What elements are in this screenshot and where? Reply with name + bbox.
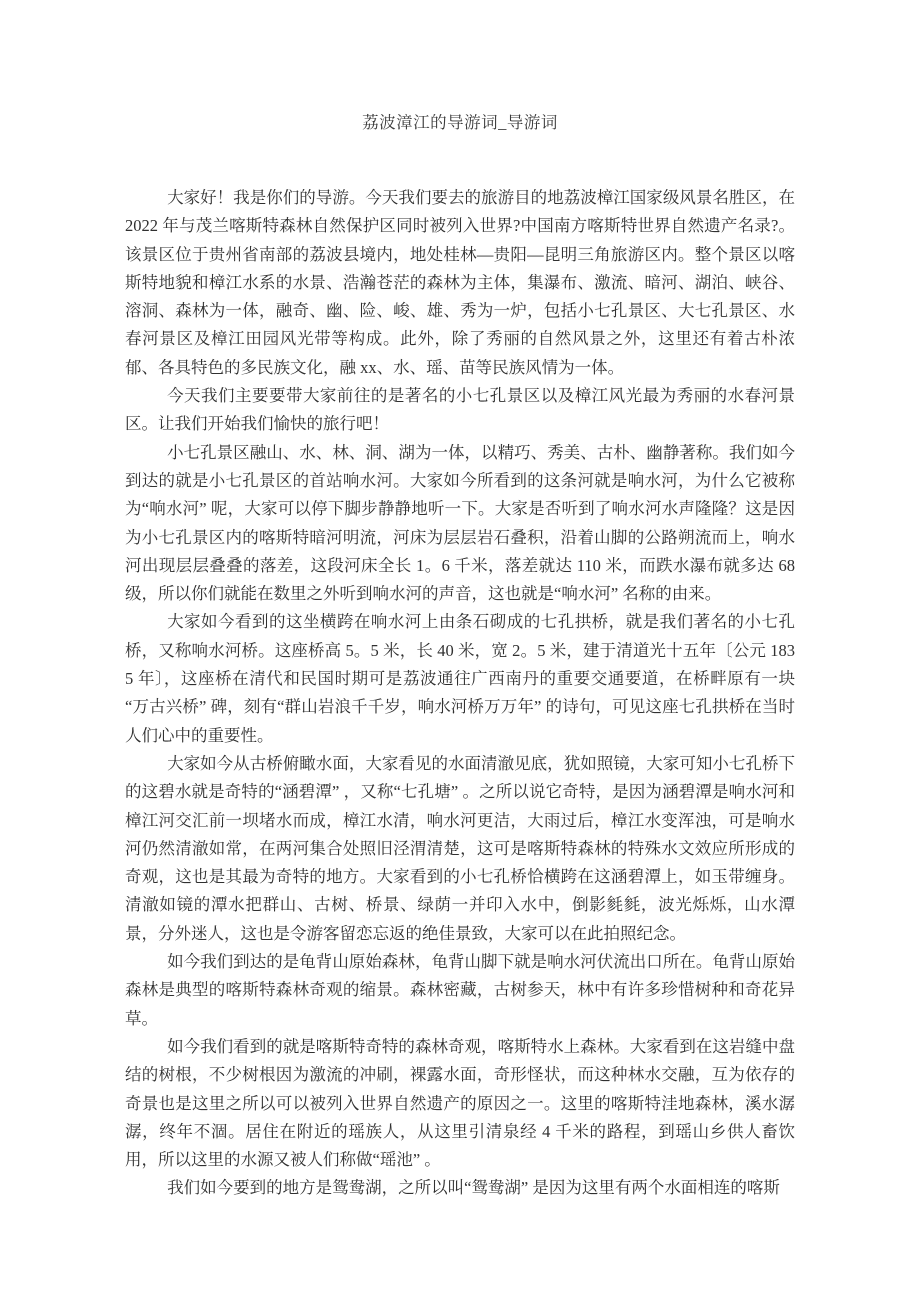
paragraph: 如今我们到达的是龟背山原始森林，龟背山脚下就是响水河伏流出口所在。龟背山原始森林… — [125, 948, 795, 1033]
document-title: 荔波漳江的导游词_导游词 — [125, 112, 795, 134]
document-page: 荔波漳江的导游词_导游词 大家好！我是你们的导游。今天我们要去的旅游目的地荔波樟… — [0, 0, 920, 1302]
paragraph: 今天我们主要要带大家前往的是著名的小七孔景区以及樟江风光最为秀丽的水春河景区。让… — [125, 382, 795, 439]
paragraph: 我们如今要到的地方是鸳鸯湖，之所以叫“鸳鸯湖” 是因为这里有两个水面相连的喀斯 — [125, 1174, 795, 1202]
paragraph: 如今我们看到的就是喀斯特奇特的森林奇观，喀斯特水上森林。大家看到在这岩缝中盘结的… — [125, 1033, 795, 1174]
document-body: 大家好！我是你们的导游。今天我们要去的旅游目的地荔波樟江国家级风景名胜区，在 2… — [125, 184, 795, 1203]
paragraph: 大家如今看到的这坐横跨在响水河上由条石砌成的七孔拱桥，就是我们著名的小七孔桥，又… — [125, 608, 795, 749]
paragraph: 大家如今从古桥俯瞰水面，大家看见的水面清澈见底，犹如照镜，大家可知小七孔桥下的这… — [125, 750, 795, 948]
paragraph: 小七孔景区融山、水、林、洞、湖为一体，以精巧、秀美、古朴、幽静著称。我们如今到达… — [125, 439, 795, 609]
paragraph: 大家好！我是你们的导游。今天我们要去的旅游目的地荔波樟江国家级风景名胜区，在 2… — [125, 184, 795, 382]
